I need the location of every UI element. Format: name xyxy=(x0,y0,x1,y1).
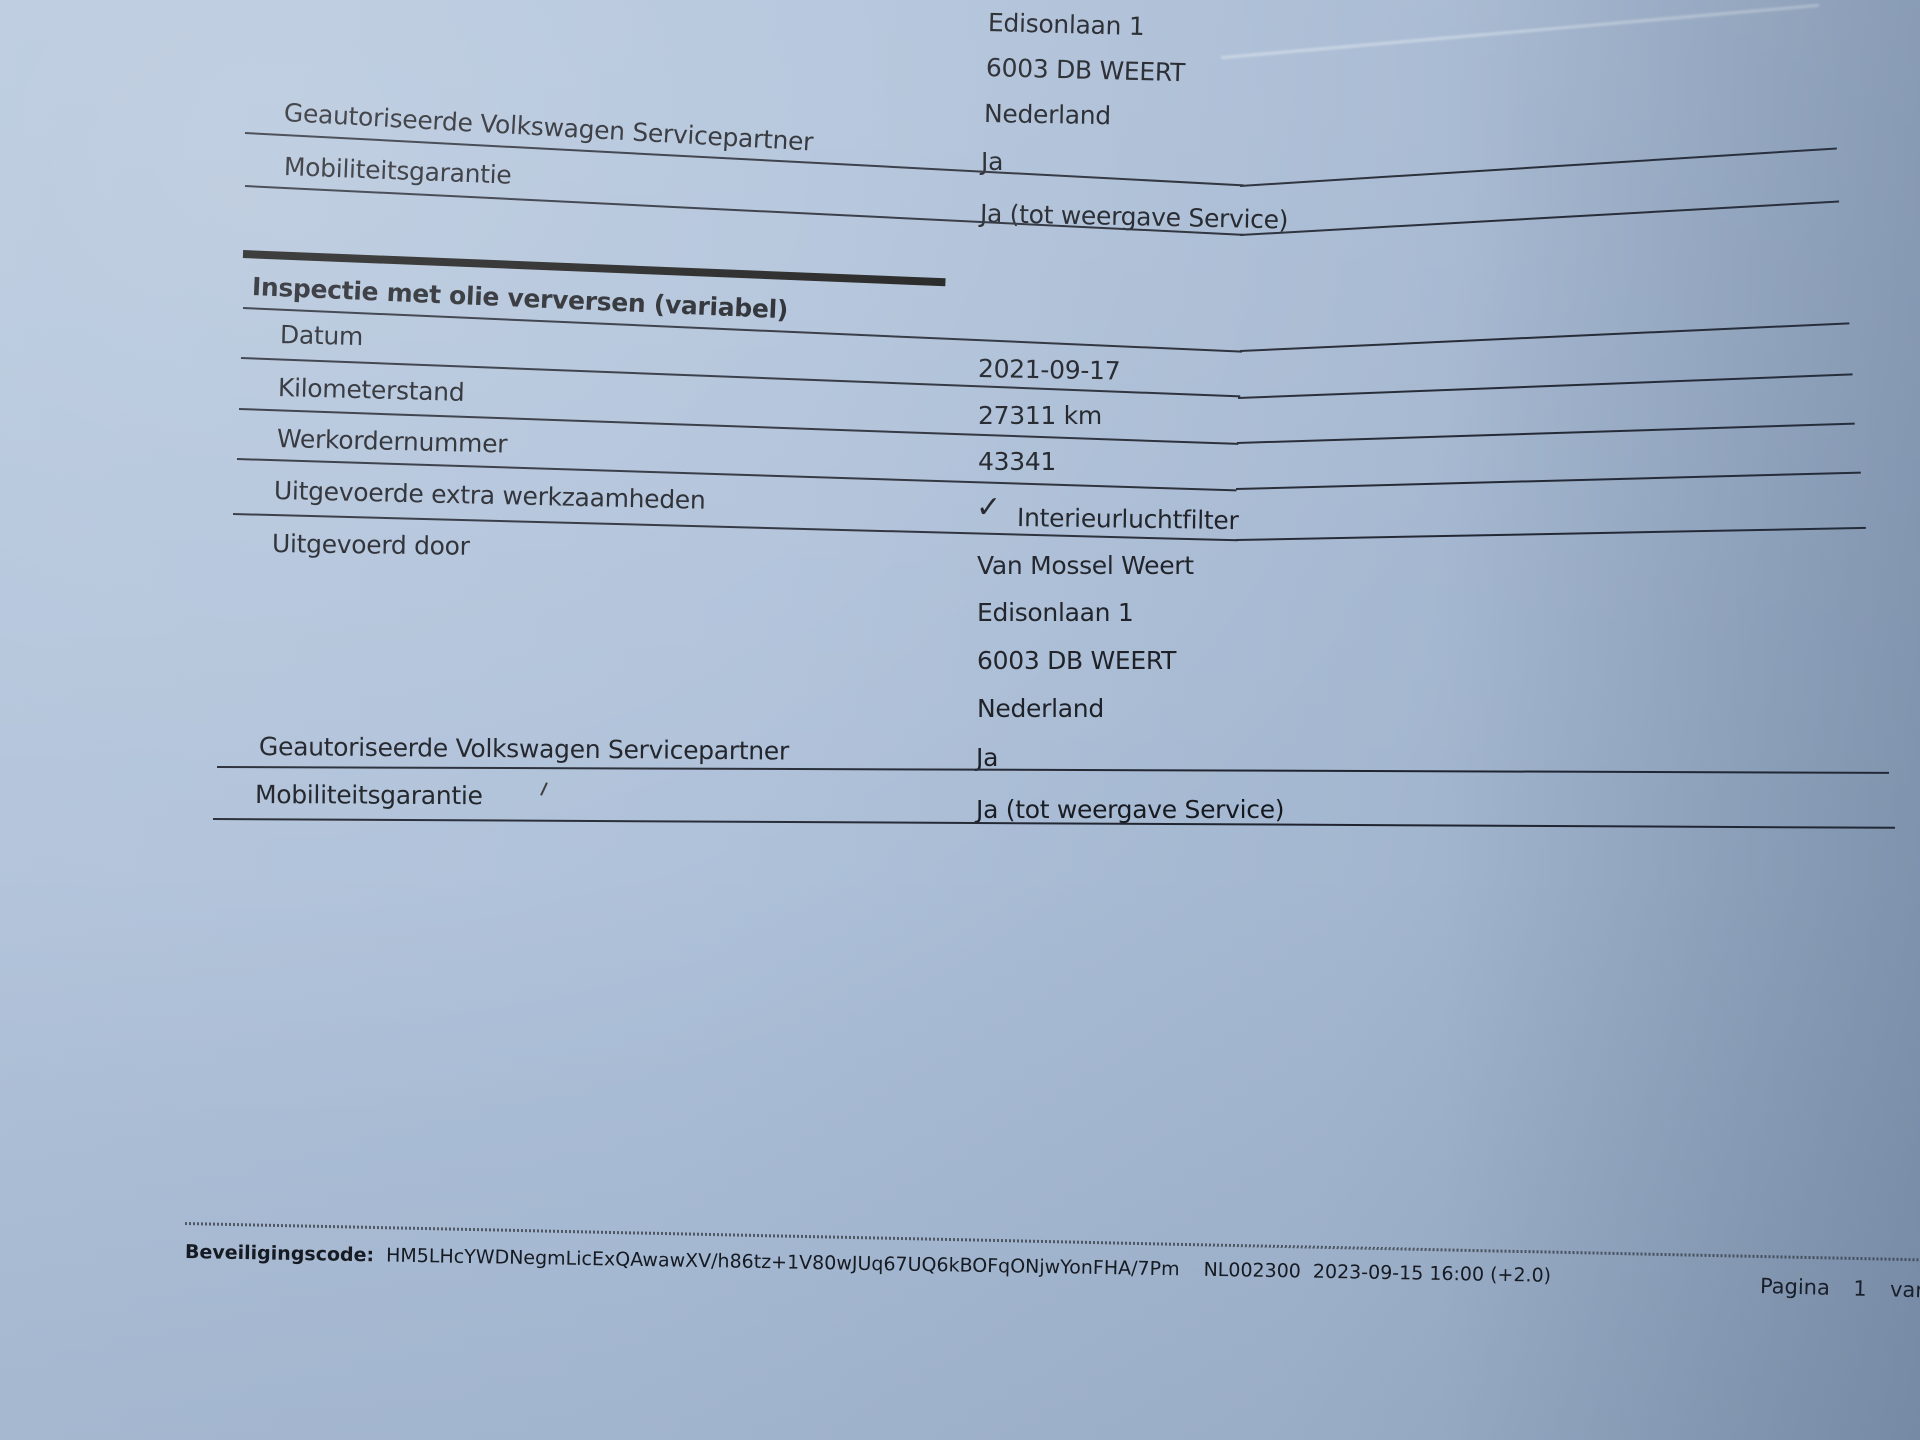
print-timestamp: 2023-09-15 16:00 (+2.0) xyxy=(1313,1261,1552,1287)
label-servicepartner: Geautoriseerde Volkswagen Servicepartner xyxy=(259,732,789,766)
divider xyxy=(1237,423,1855,444)
page-number: 1 xyxy=(1853,1276,1867,1300)
page-indicator: Pagina 1 van xyxy=(1760,1274,1920,1302)
divider xyxy=(217,766,1889,774)
divider xyxy=(1240,322,1849,352)
label-werkordernummer: Werkordernummer xyxy=(277,424,508,459)
checkmark-icon: ✓ xyxy=(976,490,1001,525)
value-servicepartner: Ja xyxy=(976,743,998,772)
value-extra-werkzaamheden: Interieurluchtfilter xyxy=(1017,503,1239,535)
dealer-code: NL002300 xyxy=(1203,1259,1301,1283)
performed-by-country: Nederland xyxy=(977,694,1104,723)
value-datum: 2021-09-17 xyxy=(978,354,1121,385)
value-mobiliteit: Ja (tot weergave Service) xyxy=(976,795,1284,824)
label-mobiliteit: Mobiliteitsgarantie xyxy=(255,780,483,810)
label-uitgevoerd-door: Uitgevoerd door xyxy=(272,529,470,561)
top-address-street: Edisonlaan 1 xyxy=(988,8,1145,41)
pen-mark xyxy=(540,782,548,796)
section-title: Inspectie met olie verversen (variabel) xyxy=(251,272,788,324)
service-document: Edisonlaan 1 6003 DB WEERT Nederland Gea… xyxy=(0,0,1920,1440)
security-label: Beveiligingscode: xyxy=(185,1241,374,1266)
label-kilometerstand: Kilometerstand xyxy=(278,373,465,407)
top-label-mobiliteit: Mobiliteitsgarantie xyxy=(283,152,512,190)
value-kilometerstand: 27311 km xyxy=(978,401,1102,430)
divider xyxy=(1240,201,1839,236)
performed-by-street: Edisonlaan 1 xyxy=(977,598,1133,627)
label-extra-werkzaamheden: Uitgevoerde extra werkzaamheden xyxy=(274,476,706,515)
page-of: van xyxy=(1890,1277,1920,1302)
top-address-city: 6003 DB WEERT xyxy=(986,53,1186,87)
performed-by-city: 6003 DB WEERT xyxy=(977,646,1176,675)
value-werkordernummer: 43341 xyxy=(978,447,1056,476)
page-label: Pagina xyxy=(1760,1274,1831,1300)
divider xyxy=(1236,527,1866,541)
divider xyxy=(1240,147,1837,187)
divider xyxy=(1238,373,1853,399)
divider xyxy=(1236,472,1861,490)
performed-by-name: Van Mossel Weert xyxy=(977,551,1194,580)
label-datum: Datum xyxy=(280,320,364,351)
top-address-country: Nederland xyxy=(984,99,1111,130)
security-code: HM5LHcYWDNegmLicExQAwawXV/h86tz+1V80wJUq… xyxy=(386,1245,1180,1281)
